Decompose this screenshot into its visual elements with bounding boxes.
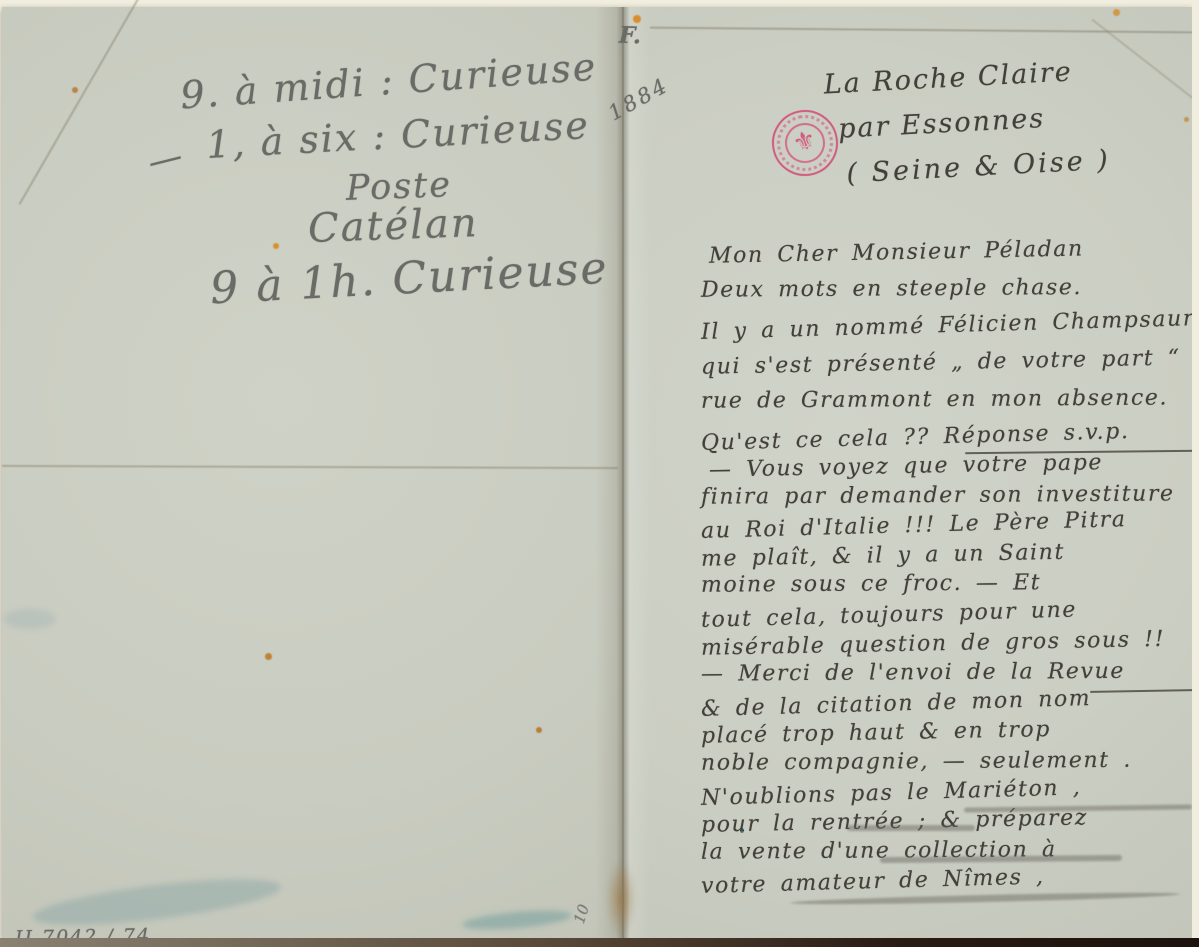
letter-scan: 9. à midi : Curieuse 1, à six : Curieuse… [0,0,1199,947]
letter-body-top: Mon Cher Monsieur Péladan Deux mots en s… [701,233,1198,455]
fox-spot [1113,9,1120,16]
fox-spot [265,653,272,660]
center-fold-crease [622,7,624,939]
letter-sheet: 9. à midi : Curieuse 1, à six : Curieuse… [2,7,1192,939]
fox-spot [273,243,279,249]
pencil-underline-rentree [847,825,975,831]
address-heading: La Roche Claire par Essonnes ( Seine & O… [823,48,1112,198]
fox-spot [536,727,542,733]
fold-stain [606,859,636,939]
scan-bottom-shadow [0,938,1199,947]
corner-letter-mark: F. [619,22,642,50]
blue-smudge [4,609,56,629]
pencil-note-line: Catélan [307,200,479,252]
fox-spot [72,87,78,93]
letter-line: Mon Cher Monsieur Péladan [709,228,1199,274]
fox-spot [1184,117,1189,122]
scan-background-edge [1192,0,1199,947]
